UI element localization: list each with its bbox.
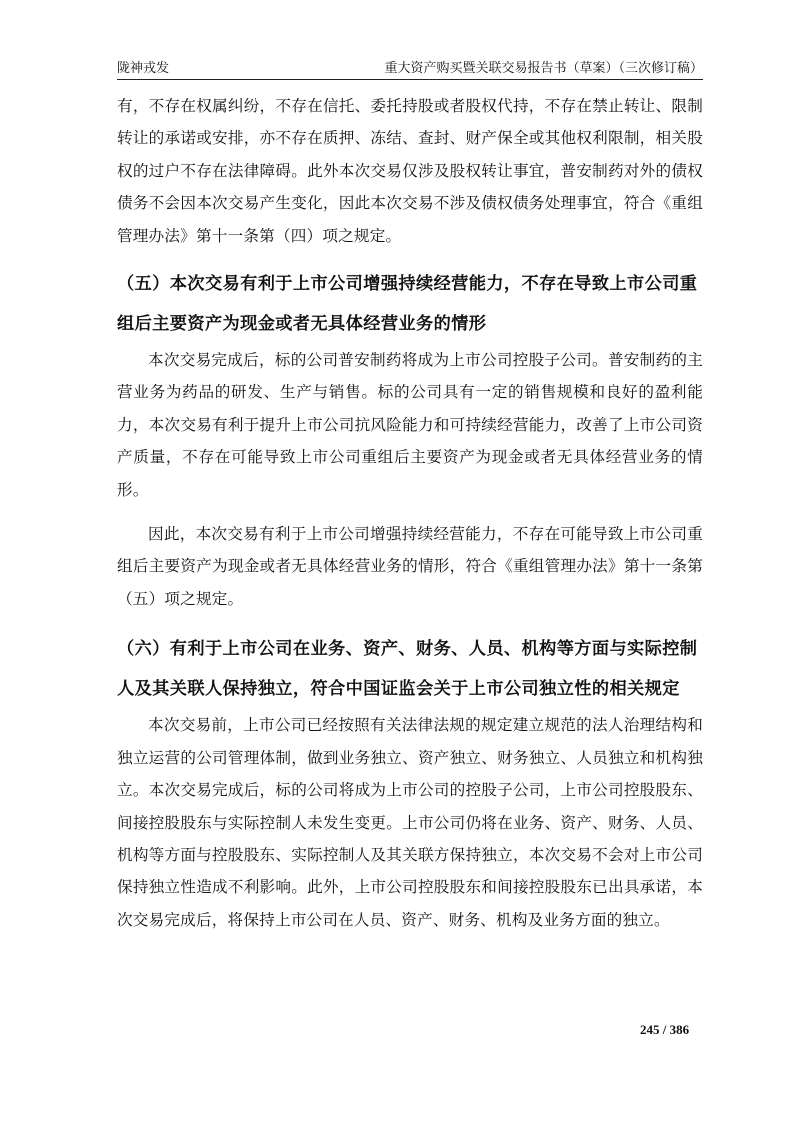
paragraph: 因此，本次交易有利于上市公司增强持续经营能力，不存在可能导致上市公司重组后主要资… [117,518,703,615]
header-doc-title: 重大资产购买暨关联交易报告书（草案）（三次修订稿） [384,57,703,76]
paragraph: 本次交易完成后，标的公司普安制药将成为上市公司控股子公司。普安制药的主营业务为药… [117,344,703,506]
header-company: 陇神戎发 [117,57,169,76]
section-heading-6: （六）有利于上市公司在业务、资产、财务、人员、机构等方面与实际控制人及其关联人保… [117,629,703,709]
paragraph-continued: 有，不存在权属纠纷，不存在信托、委托持股或者股权代持，不存在禁止转让、限制转让的… [117,90,703,252]
page-number: 245 / 386 [640,1022,689,1038]
section-heading-5: （五）本次交易有利于上市公司增强持续经营能力，不存在导致上市公司重组后主要资产为… [117,264,703,344]
page-header: 陇神戎发 重大资产购买暨关联交易报告书（草案）（三次修订稿） [117,54,703,80]
page-body: 有，不存在权属纠纷，不存在信托、委托持股或者股权代持，不存在禁止转让、限制转让的… [117,90,703,936]
paragraph: 本次交易前，上市公司已经按照有关法律法规的规定建立规范的法人治理结构和独立运营的… [117,709,703,936]
